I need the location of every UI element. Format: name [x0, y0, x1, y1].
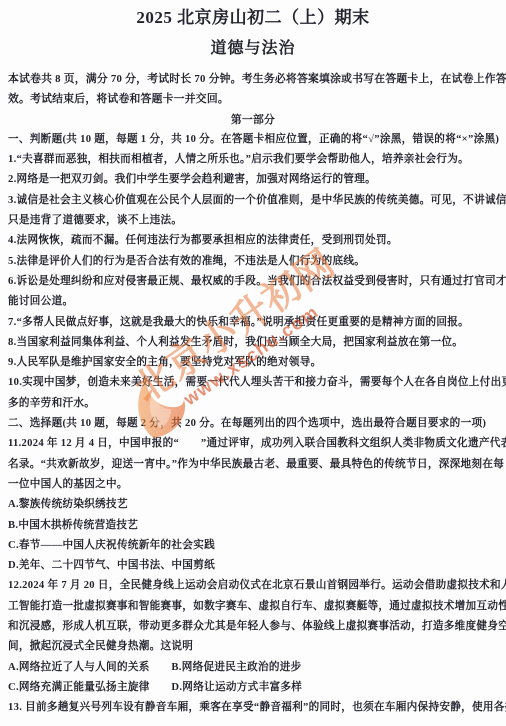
text-line: 10.实现中国梦，创造未来美好生活，需要一代代人埋头苦干和接力奋斗，需要每个人在… [8, 373, 506, 393]
text-line: 4.法网恢恢，疏而不漏。任何违法行为都要承担相应的法律责任，受到刑罚处罚。 [8, 231, 506, 251]
text-line: 11.2024 年 12 月 4 日，中国申报的“ ”通过评审，成功列入联合国教… [8, 434, 506, 454]
text-line: A.黎族传统纺染织绣技艺 [8, 495, 506, 515]
text-line: 只是违背了道德要求，谈不上违法。 [8, 211, 506, 231]
text-line: A.网络拉近了人与人间的关系 B.网络促进民主政治的进步 [8, 658, 506, 678]
text-line: 效。考试结束后，将试卷和答题卡一并交回。 [8, 89, 498, 109]
text-line: 8.当国家利益同集体利益、个人利益发生矛盾时，我们应当顾全大局，把国家利益放在第… [8, 333, 506, 353]
exam-body: 一、判断题(共 10 题，每题 1 分，共 10 分。在答题卡相应位置，正确的将… [8, 130, 506, 719]
text-line: 2.网络是一把双刃剑。我们中学生要学会趋利避害，加强对网络运行的管理。 [8, 170, 506, 190]
text-line: 二、选择题(共 10 题，每题 2 分，共 20 分。在每题列出的四个选项中，选… [8, 414, 506, 434]
text-line: C.网络充满正能量弘扬主旋律 D.网络让运动方式丰富多样 [8, 678, 506, 698]
text-line: 3.诚信是社会主义核心价值观在公民个人层面的一个价值准则，是中华民族的传统美德。… [8, 191, 506, 211]
text-line: 13. 目前多趟复兴号列车设有静音车厢，乘客在享受“静音福利”的同时，也须在车厢… [8, 698, 506, 718]
exam-paper: 2025 北京房山初二（上）期末 道德与法治 本试卷共 8 页，满分 70 分，… [0, 0, 506, 726]
exam-instructions: 本试卷共 8 页，满分 70 分，考试时长 70 分钟。考生务必将答案填涂或书写… [8, 69, 498, 110]
exam-subject: 道德与法治 [0, 38, 506, 60]
text-line: 本试卷共 8 页，满分 70 分，考试时长 70 分钟。考生务必将答案填涂或书写… [8, 69, 498, 89]
text-line: D.羌年、二十四节气、中国书法、中国剪纸 [8, 556, 506, 576]
text-line: 9.人民军队是维护国家安全的主角，要坚持党对军队的绝对领导。 [8, 353, 506, 373]
text-line: 6.诉讼是处理纠纷和应对侵害最正规、最权威的手段。当我们的合法权益受到侵害时，只… [8, 272, 506, 292]
text-line: 和沉浸感，形成人机互联，带动更多群众尤其是年轻人参与、体验线上虚拟赛事活动，打造… [8, 617, 506, 637]
text-line: 7.“多帮人民做点好事，这就是我最大的快乐和幸福。”说明承担责任更重要的是精神方… [8, 313, 506, 333]
text-line: 12.2024 年 7 月 20 日，全民健身线上运动会启动仪式在北京石景山首钢… [8, 576, 506, 596]
text-line: 工智能打造一批虚拟赛事和智能赛事，如数字赛车、虚拟自行车、虚拟赛艇等，通过虚拟技… [8, 597, 506, 617]
text-line: C.春节——中国人庆祝传统新年的社会实践 [8, 536, 506, 556]
text-line: 一、判断题(共 10 题，每题 1 分，共 10 分。在答题卡相应位置，正确的将… [8, 130, 506, 150]
text-line: 能讨回公道。 [8, 292, 506, 312]
text-line: 一位中国人的基因之中。 [8, 475, 506, 495]
text-line: 名录。“共欢新故岁，迎送一宵中。”作为中华民族最古老、最重要、最具特色的传统节日… [8, 455, 506, 475]
exam-title: 2025 北京房山初二（上）期末 [0, 6, 506, 30]
text-line: 多的辛劳和汗水。 [8, 394, 506, 414]
text-line: 5.法律是评价人们的行为是否合法有效的准绳，不违法是人们行为的底线。 [8, 252, 506, 272]
part-heading: 第一部分 [0, 110, 506, 130]
text-line: B.中国木拱桥传统营造技艺 [8, 516, 506, 536]
text-line: 间，掀起沉浸式全民健身热潮。这说明 [8, 637, 506, 657]
text-line: 1.“夫喜群而恶独，相扶而相植者，人情之所乐也。”启示我们要学会帮助他人，培养亲… [8, 150, 506, 170]
